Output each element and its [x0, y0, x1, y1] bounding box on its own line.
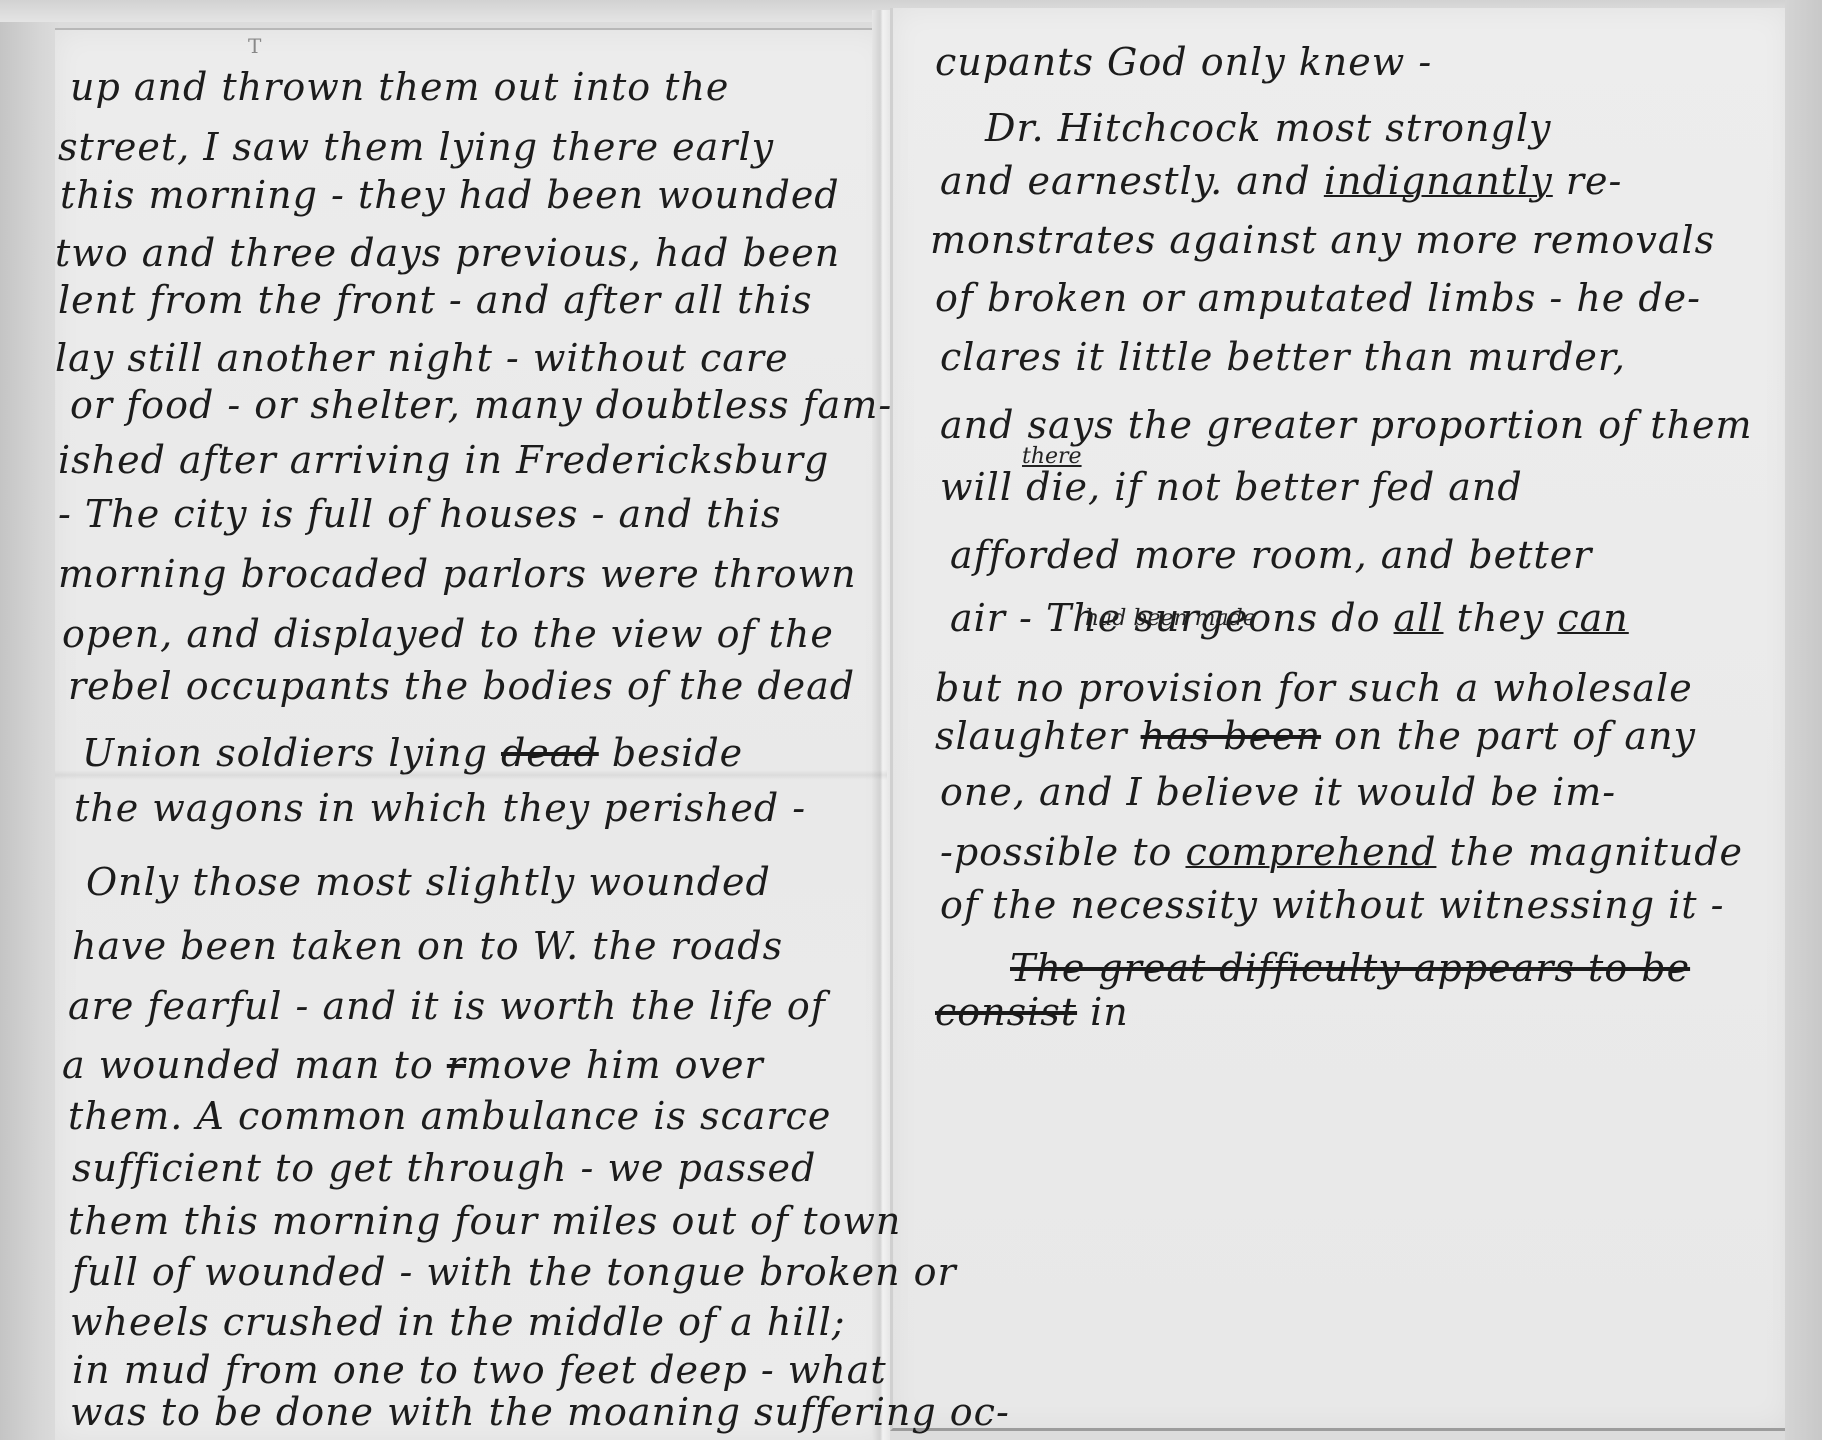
struck-out-text: has been [1141, 714, 1321, 758]
underlined-word: can [1557, 596, 1628, 640]
left-page-line: lay still another night - without care [55, 336, 789, 380]
left-page-line: was to be done with the moaning sufferin… [70, 1390, 1010, 1434]
handwritten-text: them this morning four miles out of town [68, 1199, 901, 1243]
handwritten-text: this morning - they had been wounded [60, 173, 840, 217]
handwritten-text: -possible to [940, 830, 1185, 874]
handwritten-text: of the necessity without witnessing it - [940, 883, 1724, 927]
handwritten-text: and earnestly. and [940, 159, 1324, 203]
handwritten-text: Union soldiers lying [82, 731, 501, 775]
struck-out-text: r [447, 1043, 466, 1087]
handwritten-text: and says the greater proportion of them [940, 403, 1753, 447]
handwritten-text: morning brocaded parlors were thrown [58, 552, 857, 596]
handwritten-text: monstrates against any more removals [930, 218, 1715, 262]
underlined-word: all [1394, 596, 1444, 640]
right-page-line: clares it little better than murder, [940, 335, 1626, 379]
handwritten-text: clares it little better than murder, [940, 335, 1626, 379]
handwritten-text: slaughter [935, 714, 1141, 758]
handwritten-text: a wounded man to [62, 1043, 447, 1087]
handwritten-text: move him over [466, 1043, 764, 1087]
left-page-line: full of wounded - with the tongue broken… [72, 1250, 957, 1294]
left-page-line: a wounded man to rmove him over [62, 1043, 764, 1087]
right-page-line: but no provision for such a wholesale [935, 666, 1693, 710]
right-page-line: afforded more room, and better [950, 533, 1592, 577]
left-page-line: ished after arriving in Fredericksburg [58, 438, 829, 482]
right-page-line: and earnestly. and indignantly re- [940, 159, 1622, 203]
handwritten-text: two and three days previous, had been [55, 231, 840, 275]
interlinear-insertion: had been made [1085, 606, 1256, 631]
handwritten-text: they [1444, 596, 1558, 640]
left-page-line: in mud from one to two feet deep - what [72, 1348, 887, 1392]
handwritten-text: - The city is full of houses - and this [58, 492, 781, 536]
handwritten-text: wheels crushed in the middle of a hill; [70, 1300, 846, 1344]
right-page-line: cupants God only knew - [935, 40, 1432, 84]
struck-out-text: dead [501, 731, 599, 775]
handwritten-text: Only those most slightly wounded [86, 860, 771, 904]
right-page-line: and says the greater proportion of them [940, 403, 1753, 447]
handwritten-text: street, I saw them lying there early [58, 125, 774, 169]
handwritten-text: in mud from one to two feet deep - what [72, 1348, 887, 1392]
right-page-line: slaughter has been on the part of any [935, 714, 1696, 758]
left-page-line: the wagons in which they perished - [74, 786, 806, 830]
handwritten-text: full of wounded - with the tongue broken… [72, 1250, 957, 1294]
handwritten-text: the wagons in which they perished - [74, 786, 806, 830]
underlined-word: indignantly [1324, 159, 1553, 203]
left-page-line: sufficient to get through - we passed [72, 1146, 816, 1190]
handwritten-text: in [1077, 990, 1129, 1034]
handwritten-text: Dr. Hitchcock most strongly [985, 106, 1551, 150]
underlined-word: comprehend [1185, 830, 1436, 874]
handwritten-text: cupants God only knew - [935, 40, 1432, 84]
handwritten-text: on the part of any [1321, 714, 1696, 758]
right-page-line: monstrates against any more removals [930, 218, 1715, 262]
left-page-line: Union soldiers lying dead beside [82, 731, 743, 775]
left-page-line: two and three days previous, had been [55, 231, 840, 275]
handwritten-text: them. A common ambulance is scarce [68, 1094, 831, 1138]
handwritten-text: sufficient to get through - we passed [72, 1146, 816, 1190]
handwritten-text: open, and displayed to the view of the [62, 612, 834, 656]
right-page-line: one, and I believe it would be im- [940, 770, 1616, 814]
handwritten-text: one, and I believe it would be im- [940, 770, 1616, 814]
handwritten-text: up and thrown them out into the [70, 65, 729, 109]
handwritten-text: was to be done with the moaning sufferin… [70, 1390, 1010, 1434]
corner-mark: T [248, 34, 261, 58]
right-page-line: of the necessity without witnessing it - [940, 883, 1724, 927]
handwritten-text: ished after arriving in Fredericksburg [58, 438, 829, 482]
handwritten-text: lent from the front - and after all this [58, 278, 813, 322]
handwritten-text: lay still another night - without care [55, 336, 789, 380]
right-page-line: of broken or amputated limbs - he de- [935, 276, 1701, 320]
left-page-line: up and thrown them out into the [70, 65, 729, 109]
left-page-line: them. A common ambulance is scarce [68, 1094, 831, 1138]
left-page-line: this morning - they had been wounded [60, 173, 840, 217]
struck-out-text: The great difficulty appears to be [1010, 946, 1690, 990]
handwritten-text: beside [599, 731, 743, 775]
handwritten-text: of broken or amputated limbs - he de- [935, 276, 1701, 320]
left-page-line: have been taken on to W. the roads [72, 924, 783, 968]
left-page-line: lent from the front - and after all this [58, 278, 813, 322]
right-page-line: -possible to comprehend the magnitude [940, 830, 1743, 874]
right-page-line: The great difficulty appears to be [1010, 946, 1690, 990]
left-page-line: street, I saw them lying there early [58, 125, 774, 169]
handwritten-text: but no provision for such a wholesale [935, 666, 1693, 710]
left-page-line: wheels crushed in the middle of a hill; [70, 1300, 846, 1344]
handwritten-text: rebel occupants the bodies of the dead [68, 664, 855, 708]
handwritten-text: afforded more room, and better [950, 533, 1592, 577]
left-page-line: them this morning four miles out of town [68, 1199, 901, 1243]
right-page-line: will die, if not better fed and [940, 465, 1523, 509]
handwritten-text: will die, if not better fed and [940, 465, 1523, 509]
handwritten-text: are fearful - and it is worth the life o… [68, 984, 826, 1028]
right-page-line: Dr. Hitchcock most strongly [985, 106, 1551, 150]
right-page-line: consist in [935, 990, 1129, 1034]
left-page-line: or food - or shelter, many doubtless fam… [70, 383, 892, 427]
left-page-line: are fearful - and it is worth the life o… [68, 984, 826, 1028]
scan-right-edge [1785, 0, 1822, 1440]
handwritten-text: or food - or shelter, many doubtless fam… [70, 383, 892, 427]
handwritten-text: have been taken on to W. the roads [72, 924, 783, 968]
right-page-line: air - The surgeons do all they can [950, 596, 1629, 640]
left-page-line: open, and displayed to the view of the [62, 612, 834, 656]
struck-out-text: consist [935, 990, 1077, 1034]
left-page-line: Only those most slightly wounded [86, 860, 771, 904]
interlinear-insertion: there [1022, 444, 1082, 469]
left-page-line: rebel occupants the bodies of the dead [68, 664, 855, 708]
left-page-line: - The city is full of houses - and this [58, 492, 781, 536]
handwritten-text: the magnitude [1436, 830, 1743, 874]
handwritten-text: re- [1553, 159, 1623, 203]
left-page-line: morning brocaded parlors were thrown [58, 552, 857, 596]
